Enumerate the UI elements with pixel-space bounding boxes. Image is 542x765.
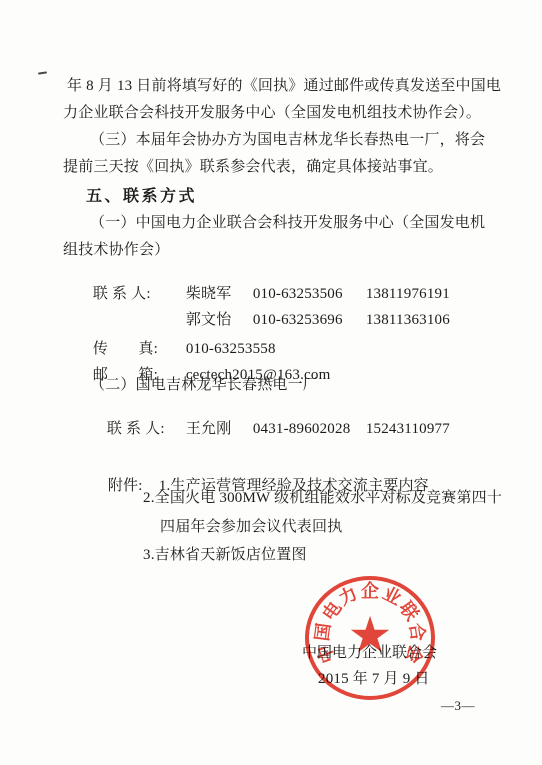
attachment-item: 2.全国火电 300MW 级机组能效水平对标及竞赛第四十 [143,490,502,507]
body-line: 提前三天按《回执》联系参会代表，确定具体接站事宜。 [63,159,443,176]
seal-ring-char: 国 [312,621,334,643]
org1-line: （一）中国电力企业联合会科技开发服务中心（全国发电机 [90,215,485,232]
org2-line: （二）国电吉林龙华长春热电一厂 [90,377,318,394]
seal-ring-char: 企 [360,581,380,601]
contact-label: 联 系 人: [107,421,186,438]
page-number: —3— [441,698,475,714]
contact-row: 联 系 人:王允刚0431-8960202815243110977 [91,404,450,455]
body-line: （三）本届年会协办方为国电吉林龙华长春热电一厂，将会 [90,132,485,149]
star-icon: ★ [348,610,393,660]
official-seal: ★ 中 国 电 力 企 业 联 合 会 [305,576,435,700]
body-line: 年 8 月 13 日前将填写好的《回执》通过邮件或传真发送至中国电 [67,78,501,95]
contact-mobile: 15243110977 [366,421,450,437]
attachment-item: 3.吉林省天新饭店位置图 [143,547,307,564]
body-line: 力企业联合会科技开发服务中心（全国发电机组技术协作会）。 [63,105,481,122]
contact-mobile: 13811363106 [366,312,450,328]
scan-artifact [38,71,47,74]
attachment-item: 四届年会参加会议代表回执 [160,519,342,536]
seal-ring-char: 合 [405,621,427,643]
section-heading: 五、联系方式 [86,188,197,205]
contact-phone: 0431-89602028 [253,421,366,438]
org1-line: 组技术协作会） [63,242,169,259]
contact-name: 王允刚 [186,421,253,438]
document-page: 年 8 月 13 日前将填写好的《回执》通过邮件或传真发送至中国电 力企业联合会… [0,0,542,765]
